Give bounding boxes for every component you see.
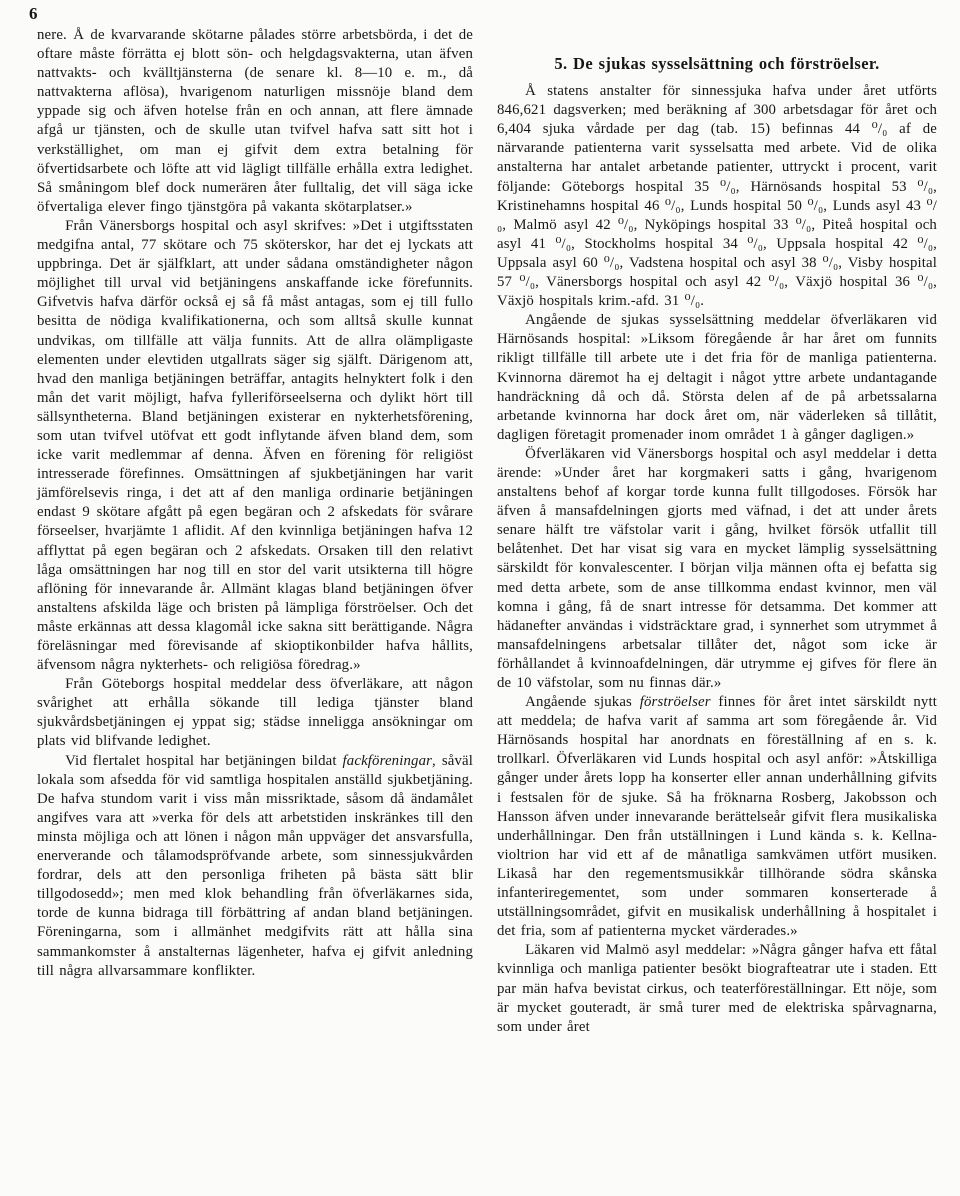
italic-term-forstroelser: förströelser (640, 694, 711, 710)
right-column: 5. De sjukas sysselsättning och förströe… (497, 54, 937, 1037)
right-paragraph-1: Å statens anstalter för sinnessjuka hafv… (497, 82, 937, 311)
left-paragraph-4: Vid flertalet hospital har betjäningen b… (37, 752, 473, 981)
right-paragraph-2: Angående de sjukas sysselsättning meddel… (497, 311, 937, 445)
right-paragraph-4: Angående sjukas förströelser finnes för … (497, 693, 937, 941)
left-column: nere. Å de kvarvarande skötarne pålades … (37, 26, 473, 981)
paragraph-text: Angående sjukas (525, 694, 640, 710)
document-page: 6 nere. Å de kvarvarande skötarne pålade… (0, 0, 960, 1196)
paragraph-text: finnes för året intet särskildt nytt att… (497, 694, 937, 939)
section-heading: 5. De sjukas sysselsättning och förströe… (497, 54, 937, 73)
page-number: 6 (29, 4, 38, 24)
left-paragraph-3: Från Göteborgs hospital meddelar dess öf… (37, 675, 473, 751)
paragraph-text: Vid flertalet hospital har betjäningen b… (65, 753, 342, 769)
italic-term-fackforeningar: fackföreningar (343, 753, 433, 769)
paragraph-text: , såväl lokala som afsedda för vid samtl… (37, 753, 473, 979)
right-paragraph-5: Läkaren vid Malmö asyl meddelar: »Några … (497, 941, 937, 1036)
left-paragraph-1: nere. Å de kvarvarande skötarne pålades … (37, 26, 473, 217)
right-paragraph-3: Öfverläkaren vid Vänersborgs hospital oc… (497, 445, 937, 693)
left-paragraph-2: Från Vänersborgs hospital och asyl skrif… (37, 217, 473, 675)
